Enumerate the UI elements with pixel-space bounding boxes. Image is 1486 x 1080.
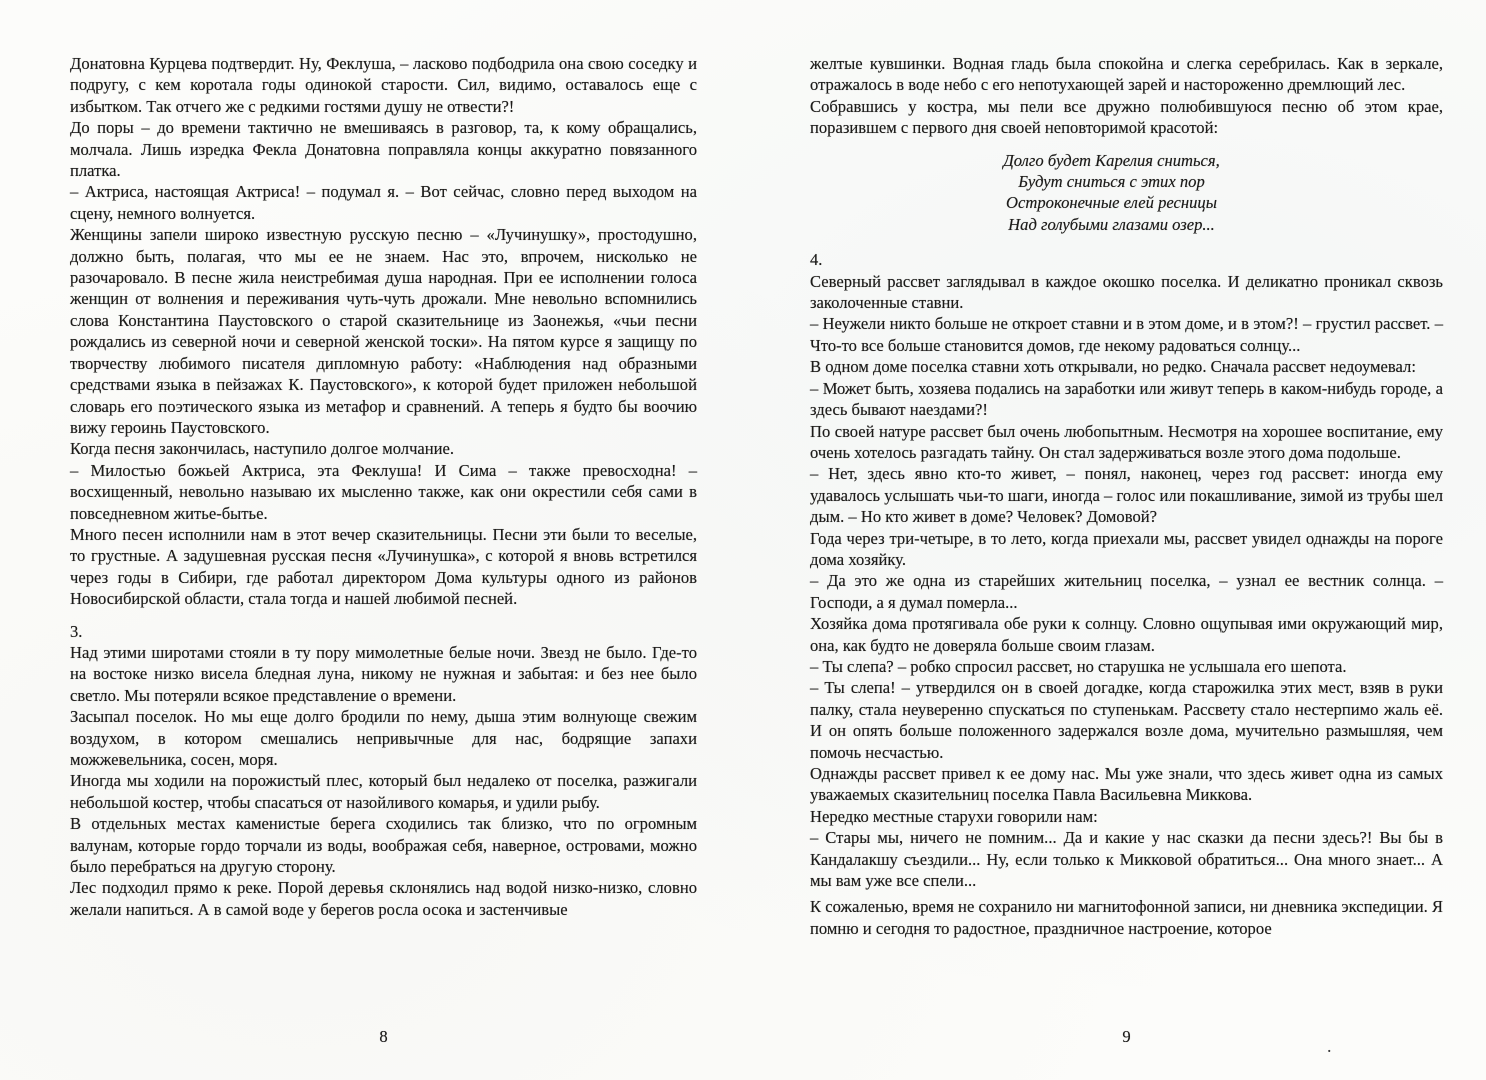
paragraph: Засыпал поселок. Но мы еще долго бродили…	[70, 706, 697, 770]
paragraph: Над этими широтами стояли в ту пору мимо…	[70, 642, 697, 706]
paragraph: Много песен исполнили нам в этот вечер с…	[70, 524, 697, 610]
paragraph: – Неужели никто больше не откроет ставни…	[810, 313, 1443, 356]
paragraph: Нередко местные старухи говорили нам:	[810, 806, 1443, 827]
paragraph: – Актриса, настоящая Актриса! – подумал …	[70, 181, 697, 224]
section-heading: 3.	[70, 621, 697, 642]
paragraph: Собравшись у костра, мы пели все дружно …	[810, 96, 1443, 139]
paragraph: – Стары мы, ничего не помним... Да и как…	[810, 827, 1443, 891]
paragraph: Иногда мы ходили на порожистый плес, кот…	[70, 770, 697, 813]
paragraph: – Да это же одна из старейших жительниц …	[810, 570, 1443, 613]
paragraph: – Нет, здесь явно кто-то живет, – понял,…	[810, 463, 1443, 527]
paragraph: Когда песня закончилась, наступило долго…	[70, 438, 697, 459]
verse-line: Будут сниться с этих пор	[810, 171, 1413, 192]
paragraph: Северный рассвет заглядывал в каждое око…	[810, 271, 1443, 314]
paragraph: Однажды рассвет привел к ее дому нас. Мы…	[810, 763, 1443, 806]
paragraph: До поры – до времени тактично не вмешива…	[70, 117, 697, 181]
verse-line: Над голубыми глазами озер...	[810, 214, 1413, 235]
paragraph: К сожаленью, время не сохранило ни магни…	[810, 896, 1443, 939]
paragraph: В отдельных местах каменистые берега схо…	[70, 813, 697, 877]
page-right-text-column: желтые кувшинки. Водная гладь была споко…	[810, 53, 1443, 939]
paragraph: Лес подходил прямо к реке. Порой деревья…	[70, 877, 697, 920]
verse-line: Остроконечные елей ресницы	[810, 192, 1413, 213]
page-left-text-column: Донатовна Курцева подтвердит. Ну, Феклуш…	[70, 53, 697, 920]
paragraph: По своей натуре рассвет был очень любопы…	[810, 421, 1443, 464]
paragraph: Женщины запели широко известную русскую …	[70, 224, 697, 438]
section-heading: 4.	[810, 249, 1443, 270]
paragraph: Донатовна Курцева подтвердит. Ну, Феклуш…	[70, 53, 697, 117]
paragraph: Хозяйка дома протягивала обе руки к солн…	[810, 613, 1443, 656]
page-number-left: 8	[70, 1026, 697, 1047]
ink-dot-artifact: .	[1327, 1041, 1486, 1051]
verse-block: Долго будет Карелия сниться,Будут снитьс…	[810, 150, 1413, 236]
book-spread: { "pages": [ { "number": "8", "blocks": …	[0, 0, 1486, 1080]
paragraph: желтые кувшинки. Водная гладь была споко…	[810, 53, 1443, 96]
verse-line: Долго будет Карелия сниться,	[810, 150, 1413, 171]
paragraph: – Милостью божьей Актриса, эта Феклуша! …	[70, 460, 697, 524]
paragraph: В одном доме поселка ставни хоть открыва…	[810, 356, 1443, 377]
paragraph: – Может быть, хозяева подались на зарабо…	[810, 378, 1443, 421]
paragraph: Года через три-четыре, в то лето, когда …	[810, 528, 1443, 571]
paragraph: – Ты слепа! – утвердился он в своей дога…	[810, 677, 1443, 763]
paragraph: – Ты слепа? – робко спросил рассвет, но …	[810, 656, 1443, 677]
